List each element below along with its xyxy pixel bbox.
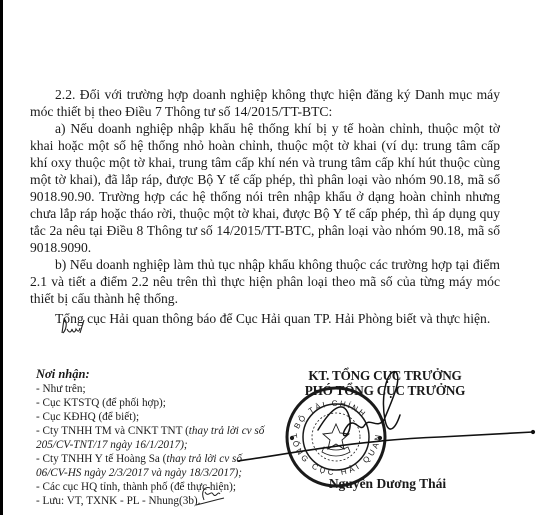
stamp-bottom-text: TỔNG CỤC HẢI QUAN <box>289 431 383 477</box>
recipient-item: 06/CV-HS ngày 2/3/2017 và ngày 18/3/2017… <box>36 466 276 480</box>
stamp-top-text: BỘ TÀI CHÍNH <box>292 399 368 430</box>
svg-text:BỘ TÀI CHÍNH: BỘ TÀI CHÍNH <box>292 399 368 430</box>
paragraph-2-2: 2.2. Đối với trường hợp doanh nghiệp khô… <box>30 86 500 120</box>
signer-title: KT. TỔNG CỤC TRƯỞNG PHÓ TỔNG CỤC TRƯỞNG <box>290 368 480 398</box>
paragraph-a: a) Nếu doanh nghiệp nhập khẩu hệ thống k… <box>30 120 500 256</box>
document-body: 2.2. Đối với trường hợp doanh nghiệp khô… <box>30 86 500 327</box>
recipients-heading: Nơi nhận: <box>36 367 276 382</box>
signer-title-line2: PHÓ TỔNG CỤC TRƯỞNG <box>290 383 480 398</box>
recipient-item: - Các cục HQ tỉnh, thành phố (để thực hi… <box>36 480 276 494</box>
svg-text:TỔNG CỤC HẢI QUAN: TỔNG CỤC HẢI QUAN <box>289 431 383 477</box>
recipients-block: Nơi nhận: - Như trên;- Cục KTSTQ (để phố… <box>36 367 276 508</box>
recipient-item: 205/CV-TNT/17 ngày 16/1/2017); <box>36 438 276 452</box>
recipient-item: - Như trên; <box>36 382 276 396</box>
recipient-item: - Cục KĐHQ (để biết); <box>36 410 276 424</box>
paragraph-closing: Tổng cục Hải quan thông báo để Cục Hải q… <box>30 310 500 327</box>
recipients-list: - Như trên;- Cục KTSTQ (để phối hợp);- C… <box>36 382 276 508</box>
paragraph-b: b) Nếu doanh nghiệp làm thủ tục nhập khẩ… <box>30 256 500 307</box>
closing-text: Tổng cục Hải quan thông báo để Cục Hải q… <box>55 311 490 326</box>
recipient-item: - Lưu: VT, TXNK - PL - Nhung(3b). <box>36 494 276 508</box>
recipient-item: - Cty TNHH TM và CNKT TNT (thay trả lời … <box>36 424 276 438</box>
scan-left-border <box>0 0 3 515</box>
signer-title-line1: KT. TỔNG CỤC TRƯỞNG <box>290 368 480 383</box>
recipient-item: - Cục KTSTQ (để phối hợp); <box>36 396 276 410</box>
signer-name: Nguyễn Dương Thái <box>300 476 475 492</box>
official-seal-icon: BỘ TÀI CHÍNH TỔNG CỤC HẢI QUAN <box>287 388 385 486</box>
recipient-item: - Cty TNHH Y tế Hoàng Sa (thay trả lời c… <box>36 452 276 466</box>
